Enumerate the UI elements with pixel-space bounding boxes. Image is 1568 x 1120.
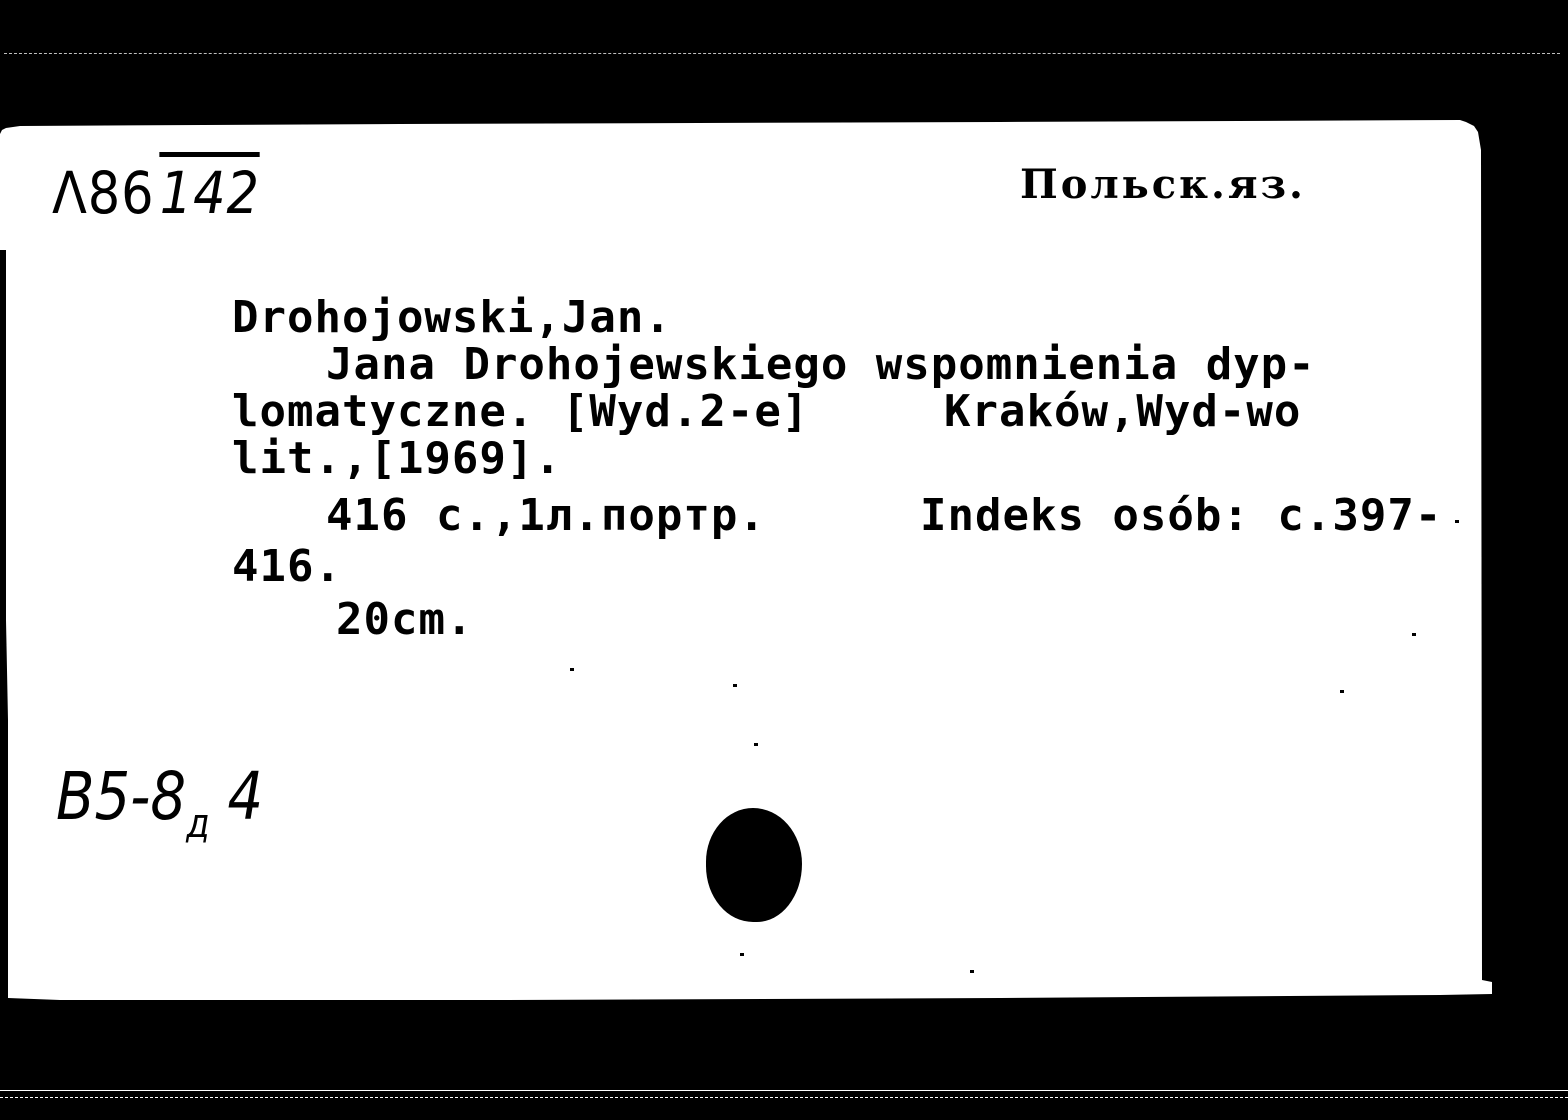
author-heading: Drohojowski,Jan. — [232, 296, 672, 340]
speck-mark — [570, 668, 574, 671]
shelf-mark-end: 4 — [210, 758, 264, 835]
speck-mark — [740, 953, 744, 956]
scan-border-bottom — [0, 1090, 1568, 1091]
call-number-suffix: 142 — [160, 152, 260, 227]
call-number-prefix: Λ86 — [52, 159, 155, 227]
speck-mark — [1412, 633, 1416, 636]
card-left-edge-shadow — [0, 250, 6, 1010]
title-line-2: lomatyczne. [Wyd.2-e] — [232, 390, 809, 434]
shelf-mark-main: B5-8 — [56, 758, 186, 835]
title-line-3: lit.,[1969]. — [232, 437, 562, 481]
speck-mark — [1340, 690, 1344, 693]
title-line-1: Jana Drohojewskiego wspomnienia dyp- — [326, 343, 1316, 387]
index-note: Indeks osób: c.397- — [920, 494, 1442, 538]
index-note-continuation: 416. — [232, 545, 342, 589]
shelf-mark-sub: д — [186, 801, 210, 847]
speck-mark — [1455, 520, 1459, 523]
language-label: Польск.яз. — [1020, 163, 1306, 207]
speck-mark — [970, 970, 974, 973]
scan-border-bottom-dashed — [0, 1097, 1568, 1098]
pagination: 416 c.,1л.портр. — [326, 494, 766, 538]
punch-hole — [706, 808, 802, 922]
shelf-mark: B5-8д 4 — [56, 758, 263, 847]
call-number: Λ86142 — [52, 152, 260, 227]
speck-mark — [754, 743, 758, 746]
book-size: 20cm. — [336, 598, 473, 642]
speck-mark — [733, 684, 737, 687]
scan-border-top — [4, 53, 1560, 54]
publisher-line: Kraków,Wyd-wo — [944, 390, 1301, 434]
